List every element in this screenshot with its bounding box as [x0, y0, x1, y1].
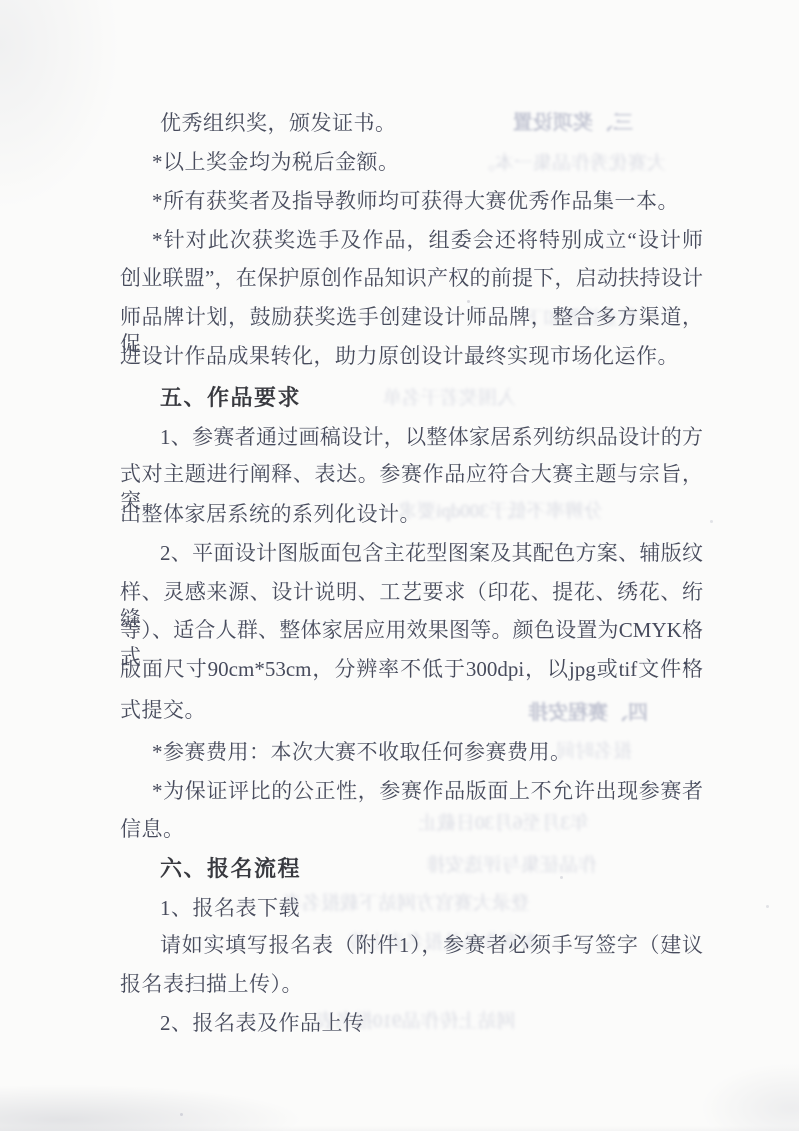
text-line: *为保证评比的公正性，参赛作品版面上不允许出现参赛者: [152, 778, 703, 805]
text-line: 出整体家居系统的系列化设计。: [120, 501, 421, 528]
text-line: 2、报名表及作品上传: [160, 1010, 365, 1037]
bleedthrough-ghost-text: 入围奖若干名单: [383, 383, 516, 410]
scan-speck: [180, 1113, 183, 1116]
text-line: 1、报名表下载: [160, 895, 300, 922]
scan-speck: [467, 300, 470, 303]
text-line: 优秀组织奖，颁发证书。: [160, 110, 397, 137]
bleedthrough-ghost-text: 四、赛程安排: [528, 696, 648, 725]
text-line: *针对此次获奖选手及作品，组委会还将特别成立“设计师: [152, 227, 703, 254]
text-line: 信息。: [120, 816, 185, 843]
text-line: *参赛费用：本次大赛不收取任何参赛费用。: [152, 739, 572, 766]
scan-speck: [560, 876, 563, 879]
bleedthrough-ghost-text: 大赛优秀作品集一本。: [476, 148, 666, 175]
text-line: 版面尺寸90cm*53cm，分辨率不低于300dpi，以jpg或tif文件格: [120, 656, 703, 683]
bleedthrough-ghost-text: 登录大赛官方网站下载报名表: [283, 888, 530, 915]
text-line: 1、参赛者通过画稿设计，以整体家居系列纺织品设计的方: [160, 424, 703, 451]
text-line: 创业联盟”，在保护原创作品知识产权的前提下，启动扶持设计: [120, 265, 703, 292]
section-heading: 六、报名流程: [160, 855, 301, 882]
bleedthrough-ghost-text: 年3月至6月30日截止: [418, 808, 589, 835]
scan-speck: [766, 905, 769, 908]
bleedthrough-ghost-text: 三、奖项设置: [513, 106, 633, 135]
scan-speck: [710, 520, 713, 523]
text-line: 报名表扫描上传）。: [120, 971, 303, 998]
section-heading: 五、作品要求: [160, 384, 301, 411]
text-line: *以上奖金均为税后金额。: [152, 149, 400, 176]
text-line: *所有获奖者及指导教师均可获得大赛优秀作品集一本。: [152, 188, 679, 215]
bleedthrough-ghost-text: 作品征集与评选安排: [426, 850, 597, 877]
document-page: 三、奖项设置大赛优秀作品集一本。奖金设置如下入围奖若干名单分辨率不低于300dp…: [0, 0, 799, 1131]
text-line: 请如实填写报名表（附件1），参赛者必须手写签字（建议: [160, 932, 703, 959]
text-line: 进设计作品成果转化，助力原创设计最终实现市场化运作。: [120, 343, 679, 370]
text-line: 2、平面设计图版面包含主花型图案及其配色方案、辅版纹: [160, 540, 703, 567]
text-line: 式提交。: [120, 697, 206, 724]
